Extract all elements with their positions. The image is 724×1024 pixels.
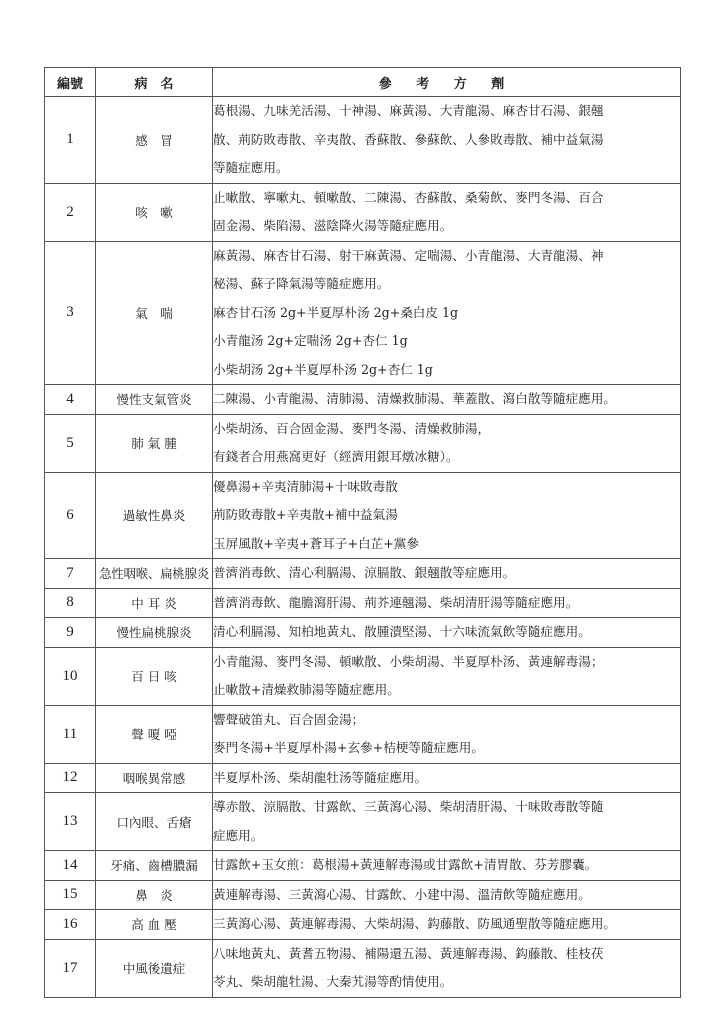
table-row: 8中 耳 炎普濟消毒飲、龍膽瀉肝湯、荊芥連翹湯、柴胡清肝湯等隨症應用。 xyxy=(45,588,681,618)
prescription-line: 普濟消毒飲、龍膽瀉肝湯、荊芥連翹湯、柴胡清肝湯等隨症應用。 xyxy=(213,589,680,618)
prescription-line: 小柴胡汤 2g+半夏厚朴汤 2g+杏仁 1g xyxy=(213,356,680,385)
prescription-line: 清心利膈湯、知柏地黃丸、散腫潰堅湯、十六味流氣飲等隨症應用。 xyxy=(213,618,680,647)
prescription-line: 導赤散、涼膈散、甘露飲、三黃瀉心湯、柴胡清肝湯、十味敗毒散等隨 xyxy=(213,793,680,822)
row-number: 11 xyxy=(45,705,96,763)
prescription-line: 八味地黃丸、黃耆五物湯、補陽還五湯、黃連解毒湯、鈎藤散、桂枝茯 xyxy=(213,940,680,969)
row-number: 14 xyxy=(45,851,96,881)
disease-name: 急性咽喉、扁桃腺炎 xyxy=(96,559,213,589)
row-number: 15 xyxy=(45,880,96,910)
prescription-line: 半夏厚朴汤、柴胡龍牡汤等隨症應用。 xyxy=(213,764,680,793)
row-number: 5 xyxy=(45,414,96,472)
disease-name: 百 日 咳 xyxy=(96,647,213,705)
row-number: 6 xyxy=(45,472,96,559)
prescription-cell: 小柴胡汤、百合固金湯、麥門冬湯、清燥救肺湯，有錢者合用燕窩更好（經濟用銀耳燉冰糖… xyxy=(213,414,681,472)
prescription-cell: 三黃瀉心湯、黃連解毒湯、大柴胡湯、鈎藤散、防風通聖散等隨症應用。 xyxy=(213,910,681,940)
table-row: 9慢性扁桃腺炎清心利膈湯、知柏地黃丸、散腫潰堅湯、十六味流氣飲等隨症應用。 xyxy=(45,618,681,648)
header-prescription: 參 考 方 劑 xyxy=(213,68,681,97)
prescription-cell: 普濟消毒飲、龍膽瀉肝湯、荊芥連翹湯、柴胡清肝湯等隨症應用。 xyxy=(213,588,681,618)
header-row: 編號 病 名 參 考 方 劑 xyxy=(45,68,681,97)
prescription-line: 響聲破笛丸、百合固金湯； xyxy=(213,706,680,735)
prescription-line: 小柴胡汤、百合固金湯、麥門冬湯、清燥救肺湯， xyxy=(213,415,680,444)
disease-name: 氣 喘 xyxy=(96,241,213,385)
disease-name: 感 冒 xyxy=(96,97,213,184)
prescription-line: 秘湯、蘇子降氣湯等隨症應用。 xyxy=(213,270,680,299)
header-no: 編號 xyxy=(45,68,96,97)
row-number: 10 xyxy=(45,647,96,705)
row-number: 2 xyxy=(45,183,96,241)
row-number: 3 xyxy=(45,241,96,385)
prescription-cell: 葛根湯、九味羌活湯、十神湯、麻黃湯、大青龍湯、麻杏甘石湯、銀翹散、荊防敗毒散、辛… xyxy=(213,97,681,184)
row-number: 16 xyxy=(45,910,96,940)
prescription-line: 二陳湯、小青龍湯、清肺湯、清燥救肺湯、華蓋散、瀉白散等隨症應用。 xyxy=(213,385,680,414)
table-row: 15鼻 炎黃連解毒湯、三黃瀉心湯、甘露飲、小建中湯、溫清飲等隨症應用。 xyxy=(45,880,681,910)
table-row: 11聲 嗄 啞響聲破笛丸、百合固金湯；麥門冬湯+半夏厚朴湯+玄參+桔梗等隨症應用… xyxy=(45,705,681,763)
prescription-cell: 甘露飲+玉女煎：葛根湯+黃連解毒湯或甘露飲+清胃散、芬芳膠囊。 xyxy=(213,851,681,881)
disease-name: 中風後遺症 xyxy=(96,939,213,997)
prescription-cell: 導赤散、涼膈散、甘露飲、三黃瀉心湯、柴胡清肝湯、十味敗毒散等隨症應用。 xyxy=(213,793,681,851)
prescription-line: 麻黃湯、麻杏甘石湯、射干麻黃湯、定喘湯、小青龍湯、大青龍湯、神 xyxy=(213,242,680,271)
prescription-cell: 八味地黃丸、黃耆五物湯、補陽還五湯、黃連解毒湯、鈎藤散、桂枝茯苓丸、柴胡龍牡湯、… xyxy=(213,939,681,997)
row-number: 13 xyxy=(45,793,96,851)
prescription-table: 編號 病 名 參 考 方 劑 1感 冒葛根湯、九味羌活湯、十神湯、麻黃湯、大青龍… xyxy=(44,67,681,998)
table-row: 12咽喉異常感半夏厚朴汤、柴胡龍牡汤等隨症應用。 xyxy=(45,763,681,793)
table-row: 3氣 喘麻黃湯、麻杏甘石湯、射干麻黃湯、定喘湯、小青龍湯、大青龍湯、神秘湯、蘇子… xyxy=(45,241,681,385)
table-row: 4慢性支氣管炎二陳湯、小青龍湯、清肺湯、清燥救肺湯、華蓋散、瀉白散等隨症應用。 xyxy=(45,385,681,415)
prescription-cell: 普濟消毒飲、清心利膈湯、涼膈散、銀翹散等症應用。 xyxy=(213,559,681,589)
prescription-cell: 優鼻湯+辛夷清肺湯+十味敗毒散荊防敗毒散+辛夷散+補中益氣湯玉屏風散+辛夷+蒼耳… xyxy=(213,472,681,559)
disease-name: 慢性扁桃腺炎 xyxy=(96,618,213,648)
table-row: 17中風後遺症八味地黃丸、黃耆五物湯、補陽還五湯、黃連解毒湯、鈎藤散、桂枝茯苓丸… xyxy=(45,939,681,997)
prescription-line: 固金湯、柴陷湯、滋陰降火湯等隨症應用。 xyxy=(213,212,680,241)
disease-name: 聲 嗄 啞 xyxy=(96,705,213,763)
table-row: 10百 日 咳小青龍湯、麥門冬湯、頓嗽散、小柴胡湯、半夏厚朴汤、黃連解毒湯；止嗽… xyxy=(45,647,681,705)
row-number: 8 xyxy=(45,588,96,618)
row-number: 1 xyxy=(45,97,96,184)
prescription-line: 荊防敗毒散+辛夷散+補中益氣湯 xyxy=(213,501,680,530)
prescription-line: 症應用。 xyxy=(213,822,680,851)
table-row: 14牙痛、齒槽膿漏甘露飲+玉女煎：葛根湯+黃連解毒湯或甘露飲+清胃散、芬芳膠囊。 xyxy=(45,851,681,881)
prescription-cell: 小青龍湯、麥門冬湯、頓嗽散、小柴胡湯、半夏厚朴汤、黃連解毒湯；止嗽散+清燥救肺湯… xyxy=(213,647,681,705)
prescription-cell: 止嗽散、寧嗽丸、頓嗽散、二陳湯、杏蘇散、桑菊飲、麥門冬湯、百合固金湯、柴陷湯、滋… xyxy=(213,183,681,241)
prescription-cell: 清心利膈湯、知柏地黃丸、散腫潰堅湯、十六味流氣飲等隨症應用。 xyxy=(213,618,681,648)
header-disease-name: 病 名 xyxy=(96,68,213,97)
row-number: 4 xyxy=(45,385,96,415)
prescription-line: 小青龍湯、麥門冬湯、頓嗽散、小柴胡湯、半夏厚朴汤、黃連解毒湯； xyxy=(213,648,680,677)
disease-name: 咳 嗽 xyxy=(96,183,213,241)
disease-name: 牙痛、齒槽膿漏 xyxy=(96,851,213,881)
disease-name: 高 血 壓 xyxy=(96,910,213,940)
prescription-line: 小青龍汤 2g+定喘汤 2g+杏仁 1g xyxy=(213,327,680,356)
disease-name: 咽喉異常感 xyxy=(96,763,213,793)
prescription-line: 有錢者合用燕窩更好（經濟用銀耳燉冰糖）。 xyxy=(213,443,680,472)
row-number: 9 xyxy=(45,618,96,648)
prescription-line: 普濟消毒飲、清心利膈湯、涼膈散、銀翹散等症應用。 xyxy=(213,559,680,588)
prescription-line: 玉屏風散+辛夷+蒼耳子+白芷+黨參 xyxy=(213,530,680,559)
table-row: 1感 冒葛根湯、九味羌活湯、十神湯、麻黃湯、大青龍湯、麻杏甘石湯、銀翹散、荊防敗… xyxy=(45,97,681,184)
row-number: 12 xyxy=(45,763,96,793)
prescription-cell: 半夏厚朴汤、柴胡龍牡汤等隨症應用。 xyxy=(213,763,681,793)
prescription-line: 等隨症應用。 xyxy=(213,154,680,183)
prescription-line: 止嗽散、寧嗽丸、頓嗽散、二陳湯、杏蘇散、桑菊飲、麥門冬湯、百合 xyxy=(213,184,680,213)
disease-name: 鼻 炎 xyxy=(96,880,213,910)
table-row: 16高 血 壓三黃瀉心湯、黃連解毒湯、大柴胡湯、鈎藤散、防風通聖散等隨症應用。 xyxy=(45,910,681,940)
prescription-line: 止嗽散+清燥救肺湯等隨症應用。 xyxy=(213,676,680,705)
disease-name: 過敏性鼻炎 xyxy=(96,472,213,559)
disease-name: 肺 氣 腫 xyxy=(96,414,213,472)
table-row: 7急性咽喉、扁桃腺炎普濟消毒飲、清心利膈湯、涼膈散、銀翹散等症應用。 xyxy=(45,559,681,589)
prescription-line: 甘露飲+玉女煎：葛根湯+黃連解毒湯或甘露飲+清胃散、芬芳膠囊。 xyxy=(213,851,680,880)
table-row: 6過敏性鼻炎優鼻湯+辛夷清肺湯+十味敗毒散荊防敗毒散+辛夷散+補中益氣湯玉屏風散… xyxy=(45,472,681,559)
prescription-line: 黃連解毒湯、三黃瀉心湯、甘露飲、小建中湯、溫清飲等隨症應用。 xyxy=(213,881,680,910)
prescription-cell: 響聲破笛丸、百合固金湯；麥門冬湯+半夏厚朴湯+玄參+桔梗等隨症應用。 xyxy=(213,705,681,763)
row-number: 7 xyxy=(45,559,96,589)
prescription-cell: 黃連解毒湯、三黃瀉心湯、甘露飲、小建中湯、溫清飲等隨症應用。 xyxy=(213,880,681,910)
table-row: 2咳 嗽止嗽散、寧嗽丸、頓嗽散、二陳湯、杏蘇散、桑菊飲、麥門冬湯、百合固金湯、柴… xyxy=(45,183,681,241)
prescription-line: 散、荊防敗毒散、辛夷散、香蘇散、參蘇飲、人參敗毒散、補中益氣湯 xyxy=(213,126,680,155)
prescription-line: 葛根湯、九味羌活湯、十神湯、麻黃湯、大青龍湯、麻杏甘石湯、銀翹 xyxy=(213,97,680,126)
table-row: 13口內眼、舌瘡導赤散、涼膈散、甘露飲、三黃瀉心湯、柴胡清肝湯、十味敗毒散等隨症… xyxy=(45,793,681,851)
prescription-line: 三黃瀉心湯、黃連解毒湯、大柴胡湯、鈎藤散、防風通聖散等隨症應用。 xyxy=(213,910,680,939)
prescription-cell: 二陳湯、小青龍湯、清肺湯、清燥救肺湯、華蓋散、瀉白散等隨症應用。 xyxy=(213,385,681,415)
disease-name: 中 耳 炎 xyxy=(96,588,213,618)
prescription-line: 苓丸、柴胡龍牡湯、大秦艽湯等酌情使用。 xyxy=(213,968,680,997)
prescription-line: 優鼻湯+辛夷清肺湯+十味敗毒散 xyxy=(213,473,680,502)
row-number: 17 xyxy=(45,939,96,997)
disease-name: 慢性支氣管炎 xyxy=(96,385,213,415)
prescription-cell: 麻黃湯、麻杏甘石湯、射干麻黃湯、定喘湯、小青龍湯、大青龍湯、神秘湯、蘇子降氣湯等… xyxy=(213,241,681,385)
table-row: 5肺 氣 腫小柴胡汤、百合固金湯、麥門冬湯、清燥救肺湯，有錢者合用燕窩更好（經濟… xyxy=(45,414,681,472)
prescription-line: 麥門冬湯+半夏厚朴湯+玄參+桔梗等隨症應用。 xyxy=(213,734,680,763)
disease-name: 口內眼、舌瘡 xyxy=(96,793,213,851)
prescription-line: 麻杏甘石汤 2g+半夏厚朴汤 2g+桑白皮 1g xyxy=(213,299,680,328)
